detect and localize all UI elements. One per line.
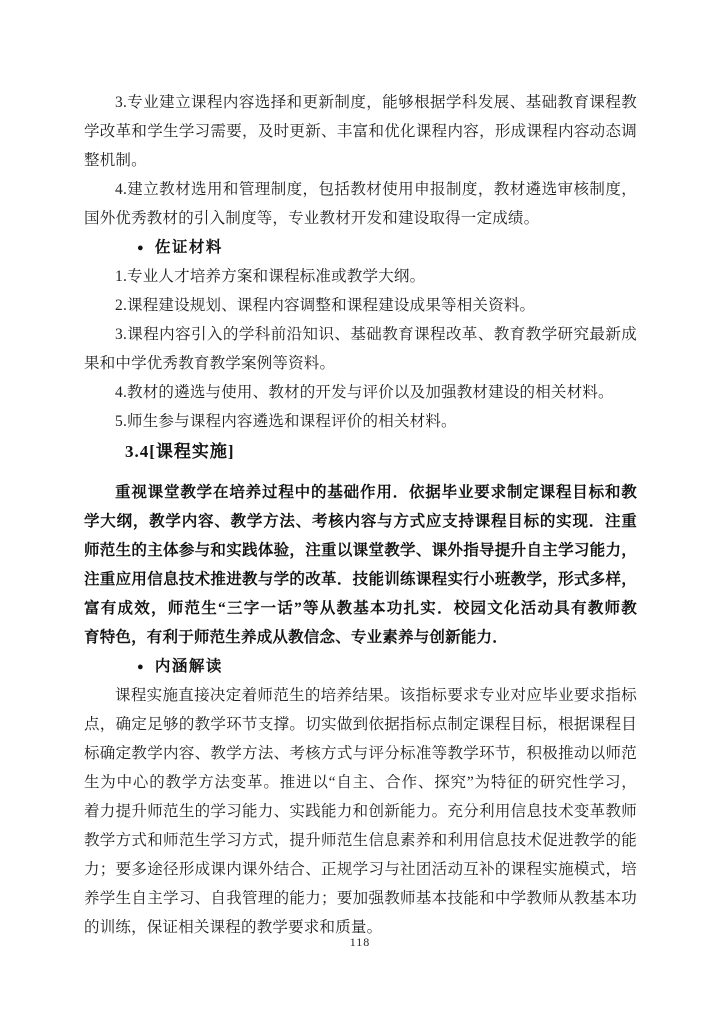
text-line: 学改革和学生学习需要，及时更新、丰富和优化课程内容，形成课程内容动态调 <box>84 121 637 150</box>
section-heading: 3.4[课程实施] <box>84 440 637 482</box>
text-line: 5.师生参与课程内容遴选和课程评价的相关材料。 <box>84 411 637 440</box>
text-line: 2.课程建设规划、课程内容调整和课程建设成果等相关资料。 <box>84 295 637 324</box>
text-line: 果和中学优秀教育教学案例等资料。 <box>84 353 637 382</box>
bullet-label: 佐证材料 <box>155 239 223 256</box>
bullet-item: ●内涵解读 <box>84 656 637 685</box>
content: 3.专业建立课程内容选择和更新制度，能够根据学科发展、基础教育课程教学改革和学生… <box>84 92 637 946</box>
text-line: 教学方式和师范生学习方式，提升师范生信息素养和利用信息技术促进教学的能 <box>84 830 637 859</box>
bullet-icon: ● <box>137 242 144 254</box>
document-page: 3.专业建立课程内容选择和更新制度，能够根据学科发展、基础教育课程教学改革和学生… <box>0 0 720 1018</box>
text-line: 1.专业人才培养方案和课程标准或教学大纲。 <box>84 266 637 295</box>
text-line: 4.教材的遴选与使用、教材的开发与评价以及加强教材建设的相关材料。 <box>84 382 637 411</box>
text-line: 学大纲，教学内容、教学方法、考核内容与方式应支持课程目标的实现．注重 <box>84 511 637 540</box>
text-line: 3.课程内容引入的学科前沿知识、基础教育课程改革、教育教学研究最新成 <box>84 324 637 353</box>
text-line: 重视课堂教学在培养过程中的基础作用．依据毕业要求制定课程目标和教 <box>84 482 637 511</box>
text-line: 生为中心的教学方法变革。推进以“自主、合作、探究”为特征的研究性学习， <box>84 772 637 801</box>
text-line: 注重应用信息技术推进教与学的改革．技能训练课程实行小班教学，形式多样， <box>84 569 637 598</box>
text-line: 养学生自主学习、自我管理的能力；要加强教师基本技能和中学教师从教基本功 <box>84 888 637 917</box>
text-line: 着力提升师范生的学习能力、实践能力和创新能力。充分利用信息技术变革教师 <box>84 801 637 830</box>
text-line: 国外优秀教材的引入制度等，专业教材开发和建设取得一定成绩。 <box>84 208 637 237</box>
text-line: 标确定教学内容、教学方法、考核方式与评分标准等教学环节，积极推动以师范 <box>84 743 637 772</box>
bullet-icon: ● <box>137 661 144 673</box>
page-number: 118 <box>0 935 720 950</box>
text-line: 课程实施直接决定着师范生的培养结果。该指标要求专业对应毕业要求指标 <box>84 685 637 714</box>
text-line: 点，确定足够的教学环节支撑。切实做到依据指标点制定课程目标，根据课程目 <box>84 714 637 743</box>
bullet-item: ●佐证材料 <box>84 237 637 266</box>
text-line: 师范生的主体参与和实践体验，注重以课堂教学、课外指导提升自主学习能力， <box>84 540 637 569</box>
text-line: 3.专业建立课程内容选择和更新制度，能够根据学科发展、基础教育课程教 <box>84 92 637 121</box>
text-line: 力；要多途径形成课内课外结合、正规学习与社团活动互补的课程实施模式，培 <box>84 859 637 888</box>
text-line: 富有成效，师范生“三字一话”等从教基本功扎实．校园文化活动具有教师教 <box>84 598 637 627</box>
bullet-label: 内涵解读 <box>155 658 223 675</box>
text-line: 育特色，有利于师范生养成从教信念、专业素养与创新能力． <box>84 627 637 656</box>
text-line: 整机制。 <box>84 150 637 179</box>
text-line: 4.建立教材选用和管理制度，包括教材使用申报制度，教材遴选审核制度， <box>84 179 637 208</box>
